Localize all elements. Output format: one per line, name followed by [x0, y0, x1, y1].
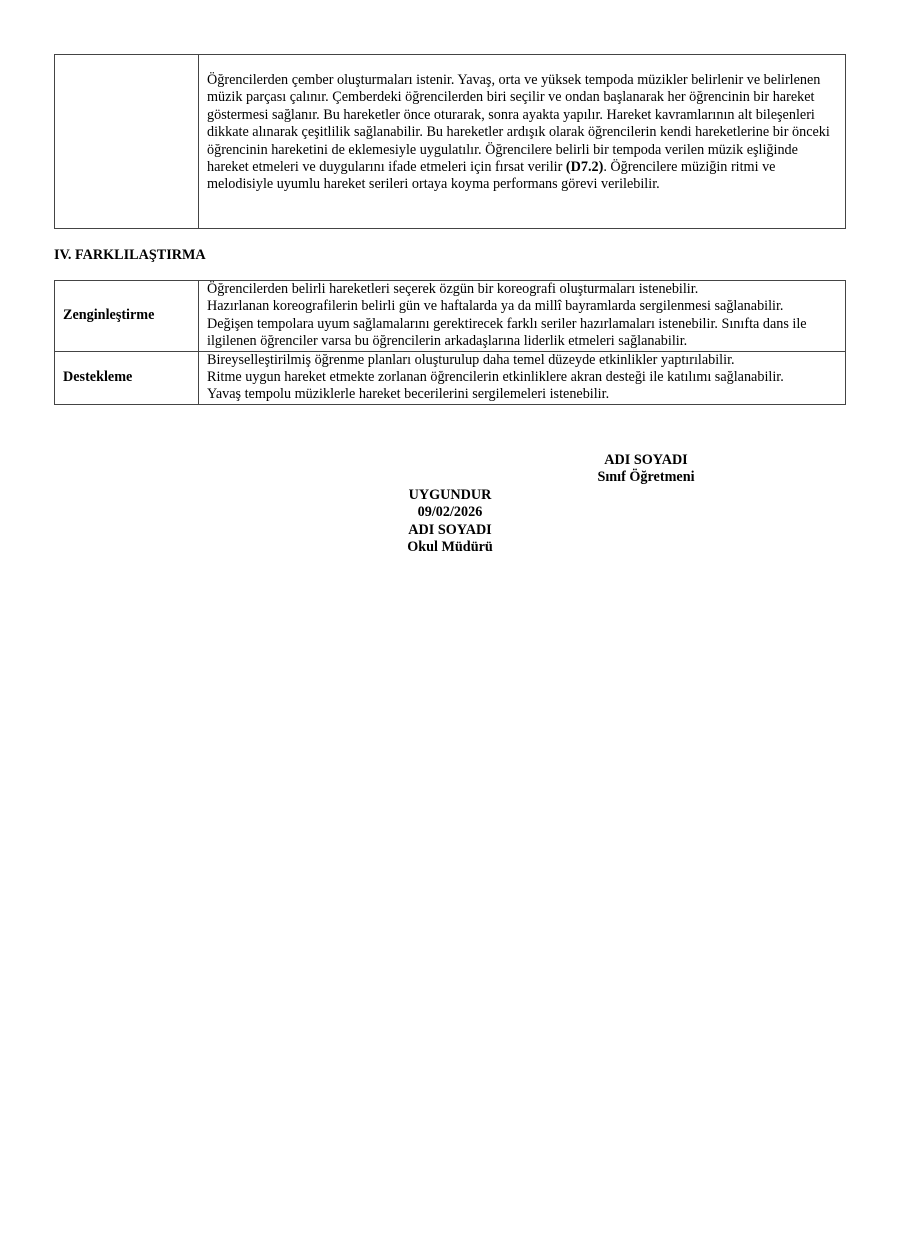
list-item: Ritme uygun hareket etmekte zorlanan öğr… — [207, 369, 837, 386]
support-content-cell: Bireyselleştirilmiş öğrenme planları olu… — [199, 351, 846, 404]
principal-signature: UYGUNDUR 09/02/2026 ADI SOYADI Okul Müdü… — [350, 487, 550, 557]
activity-label-cell — [55, 55, 199, 229]
table-row: Öğrencilerden çember oluşturmaları isten… — [55, 55, 846, 229]
list-item: Bireyselleştirilmiş öğrenme planları olu… — [207, 352, 837, 369]
list-item: Yavaş tempolu müziklerle hareket beceril… — [207, 386, 837, 403]
table-row: Destekleme Bireyselleştirilmiş öğrenme p… — [55, 351, 846, 404]
section-title: IV. FARKLILAŞTIRMA — [54, 247, 846, 264]
approval-label: UYGUNDUR — [350, 487, 550, 504]
list-item: Hazırlanan koreografilerin belirli gün v… — [207, 298, 837, 315]
teacher-name: ADI SOYADI — [546, 452, 746, 469]
teacher-title: Sınıf Öğretmeni — [546, 469, 746, 486]
principal-name: ADI SOYADI — [350, 522, 550, 539]
activity-description-cell: Öğrencilerden çember oluşturmaları isten… — [199, 55, 846, 229]
enrichment-content-cell: Öğrencilerden belirli hareketleri seçere… — [199, 281, 846, 352]
row-label-enrichment: Zenginleştirme — [55, 281, 199, 352]
document-page: Öğrencilerden çember oluşturmaları isten… — [54, 54, 846, 405]
teacher-signature: ADI SOYADI Sınıf Öğretmeni — [546, 452, 746, 487]
activity-table: Öğrencilerden çember oluşturmaları isten… — [54, 54, 846, 229]
differentiation-table: Zenginleştirme Öğrencilerden belirli har… — [54, 280, 846, 405]
approval-date: 09/02/2026 — [350, 504, 550, 521]
list-item: Değişen tempolara uyum sağlamalarını ger… — [207, 316, 837, 351]
table-row: Zenginleştirme Öğrencilerden belirli har… — [55, 281, 846, 352]
list-item: Öğrencilerden belirli hareketleri seçere… — [207, 281, 837, 298]
principal-title: Okul Müdürü — [350, 539, 550, 556]
outcome-code: (D7.2) — [566, 159, 603, 175]
row-label-support: Destekleme — [55, 351, 199, 404]
